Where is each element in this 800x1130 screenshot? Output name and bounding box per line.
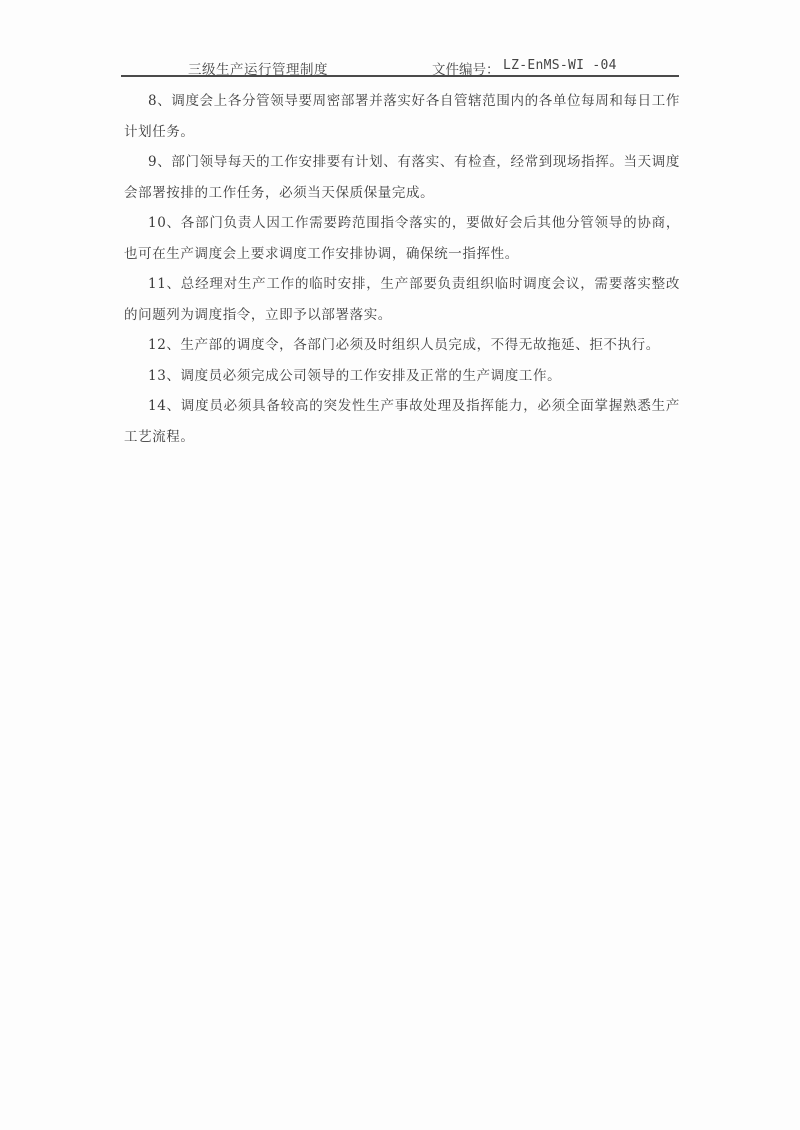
paragraph-14: 14、调度员必须具备较高的突发性生产事故处理及指挥能力，必须全面掌握熟悉生产工艺… (124, 391, 680, 452)
doc-number-value: LZ-EnMS-WI -04 (503, 58, 617, 73)
paragraph-12: 12、生产部的调度令，各部门必须及时组织人员完成，不得无故拖延、拒不执行。 (124, 330, 680, 361)
paragraph-10: 10、各部门负责人因工作需要跨范围指令落实的，要做好会后其他分管领导的协商，也可… (124, 208, 680, 269)
paragraph-8: 8、调度会上各分管领导要周密部署并落实好各自管辖范围内的各单位每周和每日工作计划… (124, 86, 680, 147)
page-header: 三级生产运行管理制度 文件编号： LZ-EnMS-WI -04 (121, 56, 679, 76)
paragraph-11: 11、总经理对生产工作的临时安排，生产部要负责组织临时调度会议，需要落实整改的问… (124, 269, 680, 330)
paragraph-13: 13、调度员必须完成公司领导的工作安排及正常的生产调度工作。 (124, 361, 680, 392)
header-divider (121, 75, 679, 77)
document-body: 8、调度会上各分管领导要周密部署并落实好各自管辖范围内的各单位每周和每日工作计划… (124, 86, 680, 452)
paragraph-9: 9、部门领导每天的工作安排要有计划、有落实、有检查，经常到现场指挥。当天调度会部… (124, 147, 680, 208)
